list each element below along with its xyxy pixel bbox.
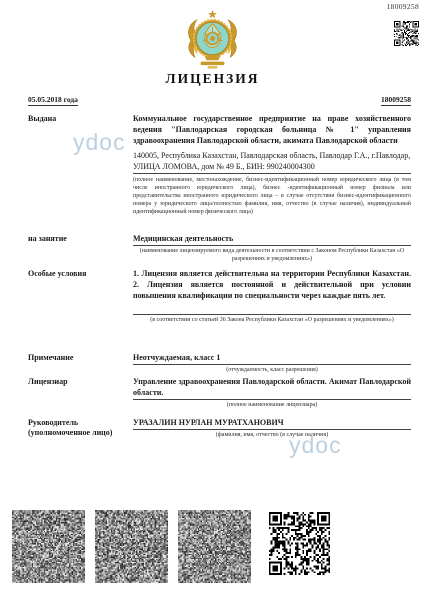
activity-value: Медицинская деятельность — [133, 233, 411, 246]
field-remark: Примечание Неотчуждаемая, класс 1 (отчуж… — [28, 352, 411, 374]
issued-to-address: 140005, Республика Казахстан, Павлодарск… — [133, 150, 411, 174]
data-matrix-icon — [12, 510, 85, 583]
document-title: ЛИЦЕНЗИЯ — [0, 71, 425, 87]
qr-code-icon — [393, 20, 420, 47]
kazakhstan-emblem-icon — [181, 9, 244, 72]
issued-to-organization: Коммунальное государственное предприятие… — [133, 113, 411, 146]
special-conditions-value: 1. Лицензия является действительна на те… — [133, 268, 411, 301]
field-activity: на занятие Медицинская деятельность (наи… — [28, 233, 411, 263]
watermark-ydoc: ydoc — [73, 129, 126, 156]
field-head: Руководитель (уполномоченное лицо) УРАЗА… — [28, 417, 411, 439]
license-document-page: 18009258 ЛИЦЕНЗИЯ 0 — [0, 0, 425, 600]
special-conditions-note: (в соответствии со статьей 36 Закона Рес… — [133, 316, 411, 324]
data-matrix-icon — [178, 510, 251, 583]
separator-line — [133, 314, 411, 315]
issue-date: 05.05.2018 года — [28, 95, 78, 106]
license-number: 18009258 — [381, 95, 411, 106]
field-special-conditions-label: Особые условия — [28, 268, 133, 324]
remark-value: Неотчуждаемая, класс 1 — [133, 352, 411, 365]
head-note: (фамилия, имя, отчество (в случае наличи… — [133, 431, 411, 439]
data-matrix-icon — [95, 510, 168, 583]
head-value: УРАЗАЛИН НУРЛАН МУРАТХАНОВИЧ — [133, 417, 411, 430]
licensor-value: Управление здравоохранения Павлодарской … — [133, 376, 411, 400]
field-licensor: Лицензиар Управление здравоохранения Пав… — [28, 376, 411, 409]
watermark-ydoc: ydoc — [289, 432, 342, 459]
licensor-note: (полное наименование лицензиара) — [133, 401, 411, 409]
activity-note: (наименование лицензируемого вида деятел… — [133, 247, 411, 263]
corner-document-number: 18009258 — [387, 2, 419, 11]
issued-to-note: (полное наименование, местонахождение, б… — [133, 176, 411, 216]
field-head-label: Руководитель (уполномоченное лицо) — [28, 417, 133, 439]
field-remark-label: Примечание — [28, 352, 133, 374]
field-special-conditions: Особые условия 1. Лицензия является дейс… — [28, 268, 411, 324]
field-activity-label: на занятие — [28, 233, 133, 263]
field-licensor-label: Лицензиар — [28, 376, 133, 409]
remark-note: (отчуждаемость, класс разрешения) — [133, 366, 411, 374]
meta-row: 05.05.2018 года 18009258 — [28, 95, 411, 106]
qr-code-icon — [267, 510, 332, 577]
